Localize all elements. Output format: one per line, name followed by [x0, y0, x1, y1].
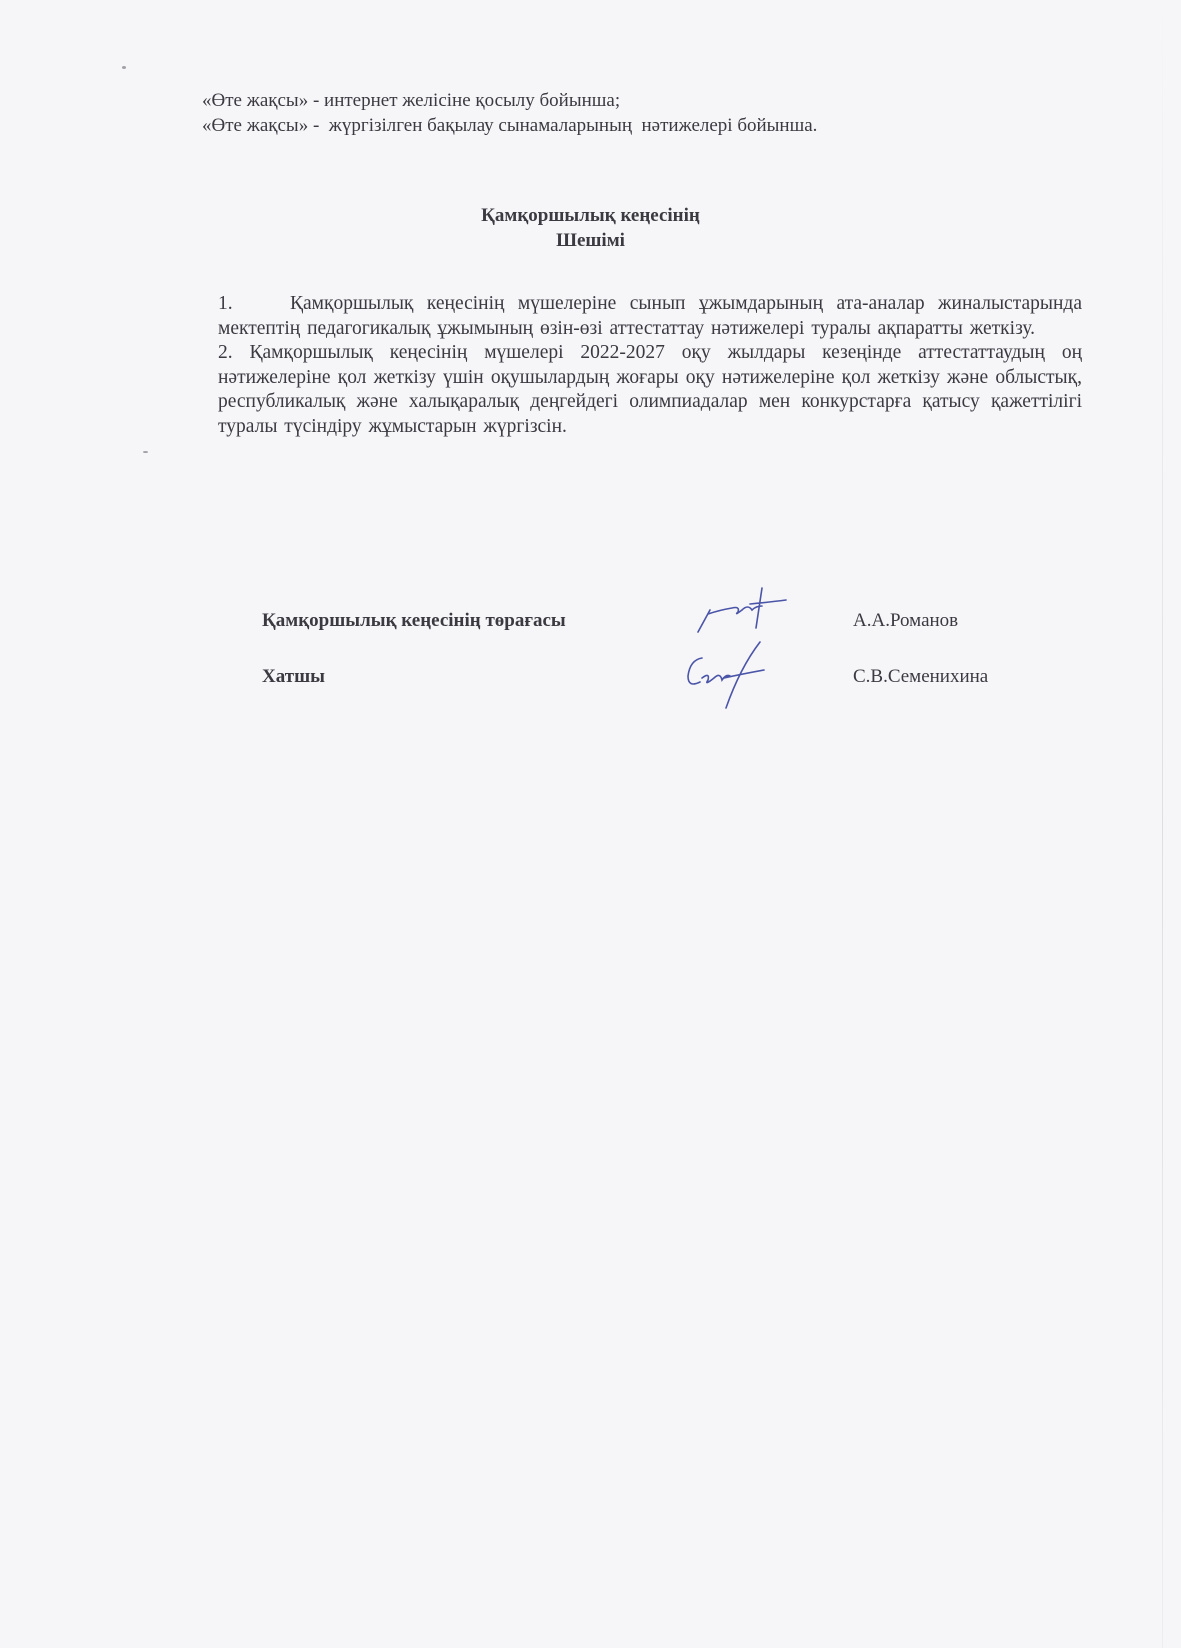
scan-speck — [143, 451, 148, 453]
scan-speck — [122, 66, 126, 69]
signer-name: С.В.Семенихина — [853, 666, 988, 688]
item-text: Қамқоршылық кеңесінің мүшелеріне сынып ұ… — [218, 293, 1082, 339]
signer-name: А.А.Романов — [853, 610, 958, 632]
item-number: 1. — [218, 292, 290, 317]
signature-row-secretary: Хатшы С.В.Семенихина — [0, 658, 1181, 698]
decision-item-2: 2. Қамқоршылық кеңесінің мүшелері 2022-2… — [218, 341, 1082, 439]
item-number: 2. — [218, 341, 233, 366]
signature-row-chairman: Қамқоршылық кеңесінің төрағасы А.А.Роман… — [0, 602, 1181, 642]
decision-items: 1.Қамқоршылық кеңесінің мүшелеріне сынып… — [218, 292, 1082, 440]
decision-title-line2: Шешімі — [0, 228, 1181, 253]
decision-title-line1: Қамқоршылық кеңесінің — [0, 203, 1181, 228]
item-text: Қамқоршылық кеңесінің мүшелері 2022-2027… — [218, 342, 1082, 437]
decision-item-1: 1.Қамқоршылық кеңесінің мүшелеріне сынып… — [218, 292, 1082, 341]
intro-line-internet: «Өте жақсы» - интернет желісіне қосылу б… — [202, 89, 620, 113]
signer-role: Хатшы — [262, 666, 325, 688]
handwritten-signature-icon — [680, 638, 790, 718]
handwritten-signature-icon — [690, 580, 800, 640]
signer-role: Қамқоршылық кеңесінің төрағасы — [262, 610, 566, 632]
intro-line-control-tests: «Өте жақсы» - жүргізілген бақылау сынама… — [202, 114, 817, 138]
